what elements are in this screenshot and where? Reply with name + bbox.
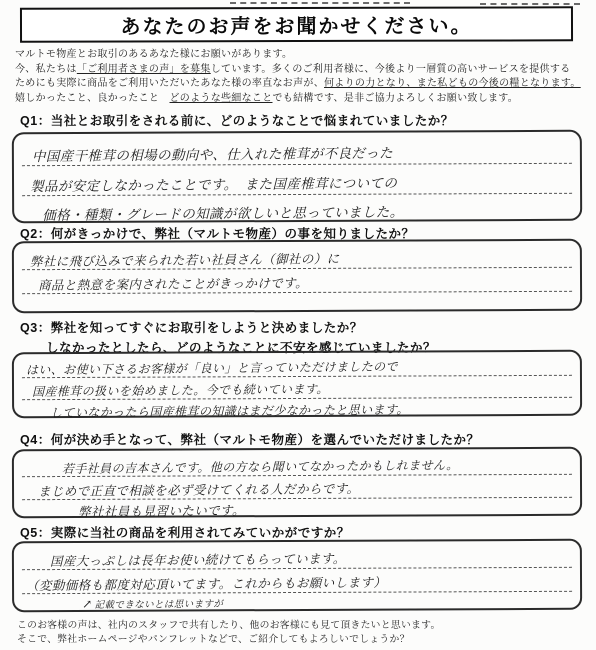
handwritten-text: 製品が安定しなかったことです。 また国産椎茸についての xyxy=(22,177,397,197)
handwritten-text: 国産大っぷしは長年お使い続けてもらっています。 xyxy=(22,552,346,570)
handwritten-text: 商品と熱意を案内されたことがきっかけです。 xyxy=(22,276,308,294)
page-title: あなたのお声をお聞かせください。 xyxy=(120,10,472,40)
question-label-q1: Q1：当社とお取引をされる前に、どのようなことで悩まれていましたか？ xyxy=(20,111,454,129)
answer-box-q5: 国産大っぷしは長年お使い続けてもらっています。 （変動価格も都度対応頂いてます。… xyxy=(12,539,582,612)
annotation-arrow-icon: ↗ xyxy=(82,597,93,611)
handwritten-text: 弊社に飛び込みで来られた若い社員さん（御社の）に xyxy=(22,252,340,270)
answer-line: ↗記載できないとは思いますが xyxy=(22,592,572,612)
handwritten-note: ↗記載できないとは思いますが xyxy=(22,598,223,612)
question-label-q4: Q4：何が決め手となって、弊社（マルトモ物産）を選んでいただけましたか？ xyxy=(20,430,479,448)
scan-artifact xyxy=(230,2,410,4)
survey-form-page: あなたのお声をお聞かせください。 マルトモ物産とお取引のあるあなた様にお願いがあ… xyxy=(0,0,596,650)
handwritten-text: （変動価格も都度対応頂いてます。これからもお願いします） xyxy=(22,576,386,594)
intro-line-4: 嬉しかったこと、良かったこと どのような些細なことでも結構です、是非ご協力よろし… xyxy=(15,92,589,107)
handwritten-text: 国産椎茸の扱いを始めました。今でも続いています。 xyxy=(22,383,329,400)
answer-line: 国産大っぷしは長年お使い続けてもらっています。 xyxy=(22,542,572,570)
handwritten-text: はい、お使い下さるお客様が「良い」と言っていただけましたので xyxy=(22,361,398,379)
answer-box-q4: 若手社員の吉本さんです。他の方なら聞いてなかったかもしれません。 まじめで正直で… xyxy=(12,447,582,518)
intro-line-1: マルトモ物産とお取引のあるあなた様にお願いがあります。 xyxy=(15,48,589,63)
answer-line: 若手社員の吉本さんです。他の方なら聞いてなかったかもしれません。 xyxy=(22,450,572,477)
footer-line-2: そこで、弊社ホームページやパンフレットなどで、ご紹介してもよろしいでしょうか？ xyxy=(17,633,583,647)
intro-line-2: 今、私たちは「ご利用者さまの声」を募集しています。多くのご利用者様に、今後より一… xyxy=(15,63,589,78)
handwritten-text: 若手社員の吉本さんです。他の方なら聞いてなかったかもしれません。 xyxy=(22,459,459,477)
answer-line: まじめで正直で相談を必ず受けてくれる人だからです。 xyxy=(22,475,572,500)
handwritten-text: 中国産干椎茸の相場の動向や、仕入れた椎茸が不良だった xyxy=(22,147,393,167)
answer-box-q1: 中国産干椎茸の相場の動向や、仕入れた椎茸が不良だった 製品が安定しなかったことで… xyxy=(12,130,582,223)
handwritten-text: 弊社社員も見習いたいです。 xyxy=(22,504,245,521)
answer-line: はい、お使い下さるお客様が「良い」と言っていただけましたので xyxy=(22,353,572,378)
handwritten-text: 価格・種類・グレードの知識が欲しいと思っていました。 xyxy=(22,206,404,225)
answer-line: 国産椎茸の扱いを始めました。今でも続いています。 xyxy=(22,376,572,400)
answer-line: 商品と熱意を案内されたことがきっかけです。 xyxy=(22,268,572,294)
title-banner: あなたのお声をお聞かせください。 xyxy=(20,6,573,42)
answer-box-q2: 弊社に飛び込みで来られた若い社員さん（御社の）に 商品と熱意を案内されたことがき… xyxy=(12,239,582,313)
answer-line: 弊社に飛び込みで来られた若い社員さん（御社の）に xyxy=(22,242,572,270)
answer-line: していなかったら国産椎茸の知識はまだ少なかったと思います。 xyxy=(22,398,572,420)
footer-note: このお客様の声は、社内のスタッフで共有したり、他のお客様にも見て頂きたいと思いま… xyxy=(17,619,583,647)
answer-line: （変動価格も都度対応頂いてます。これからもお願いします） xyxy=(22,568,572,594)
intro-line-3: ためにも実際に商品をご利用いただいたあなた様の率直なお声が、何よりの力となり、ま… xyxy=(15,77,589,92)
answer-line: 中国産干椎茸の相場の動向や、仕入れた椎茸が不良だった xyxy=(22,133,572,166)
question-label-q5: Q5：実際に当社の商品を利用されてみていかがですか？ xyxy=(20,523,350,541)
scan-artifact xyxy=(480,3,580,5)
answer-line: 価格・種類・グレードの知識が欲しいと思っていました。 xyxy=(22,194,572,224)
answer-line: 製品が安定しなかったことです。 また国産椎茸についての xyxy=(22,164,572,196)
handwritten-text: まじめで正直で相談を必ず受けてくれる人だからです。 xyxy=(22,482,360,500)
intro-text: マルトモ物産とお取引のあるあなた様にお願いがあります。 今、私たちは「ご利用者さ… xyxy=(15,48,589,106)
answer-line: 弊社社員も見習いたいです。 xyxy=(22,498,572,520)
handwritten-text: していなかったら国産椎茸の知識はまだ少なかったと思います。 xyxy=(22,404,409,421)
answer-box-q3: はい、お使い下さるお客様が「良い」と言っていただけましたので 国産椎茸の扱いを始… xyxy=(12,350,582,418)
answer-line xyxy=(22,292,572,314)
footer-line-1: このお客様の声は、社内のスタッフで共有したり、他のお客様にも見て頂きたいと思いま… xyxy=(17,619,583,633)
